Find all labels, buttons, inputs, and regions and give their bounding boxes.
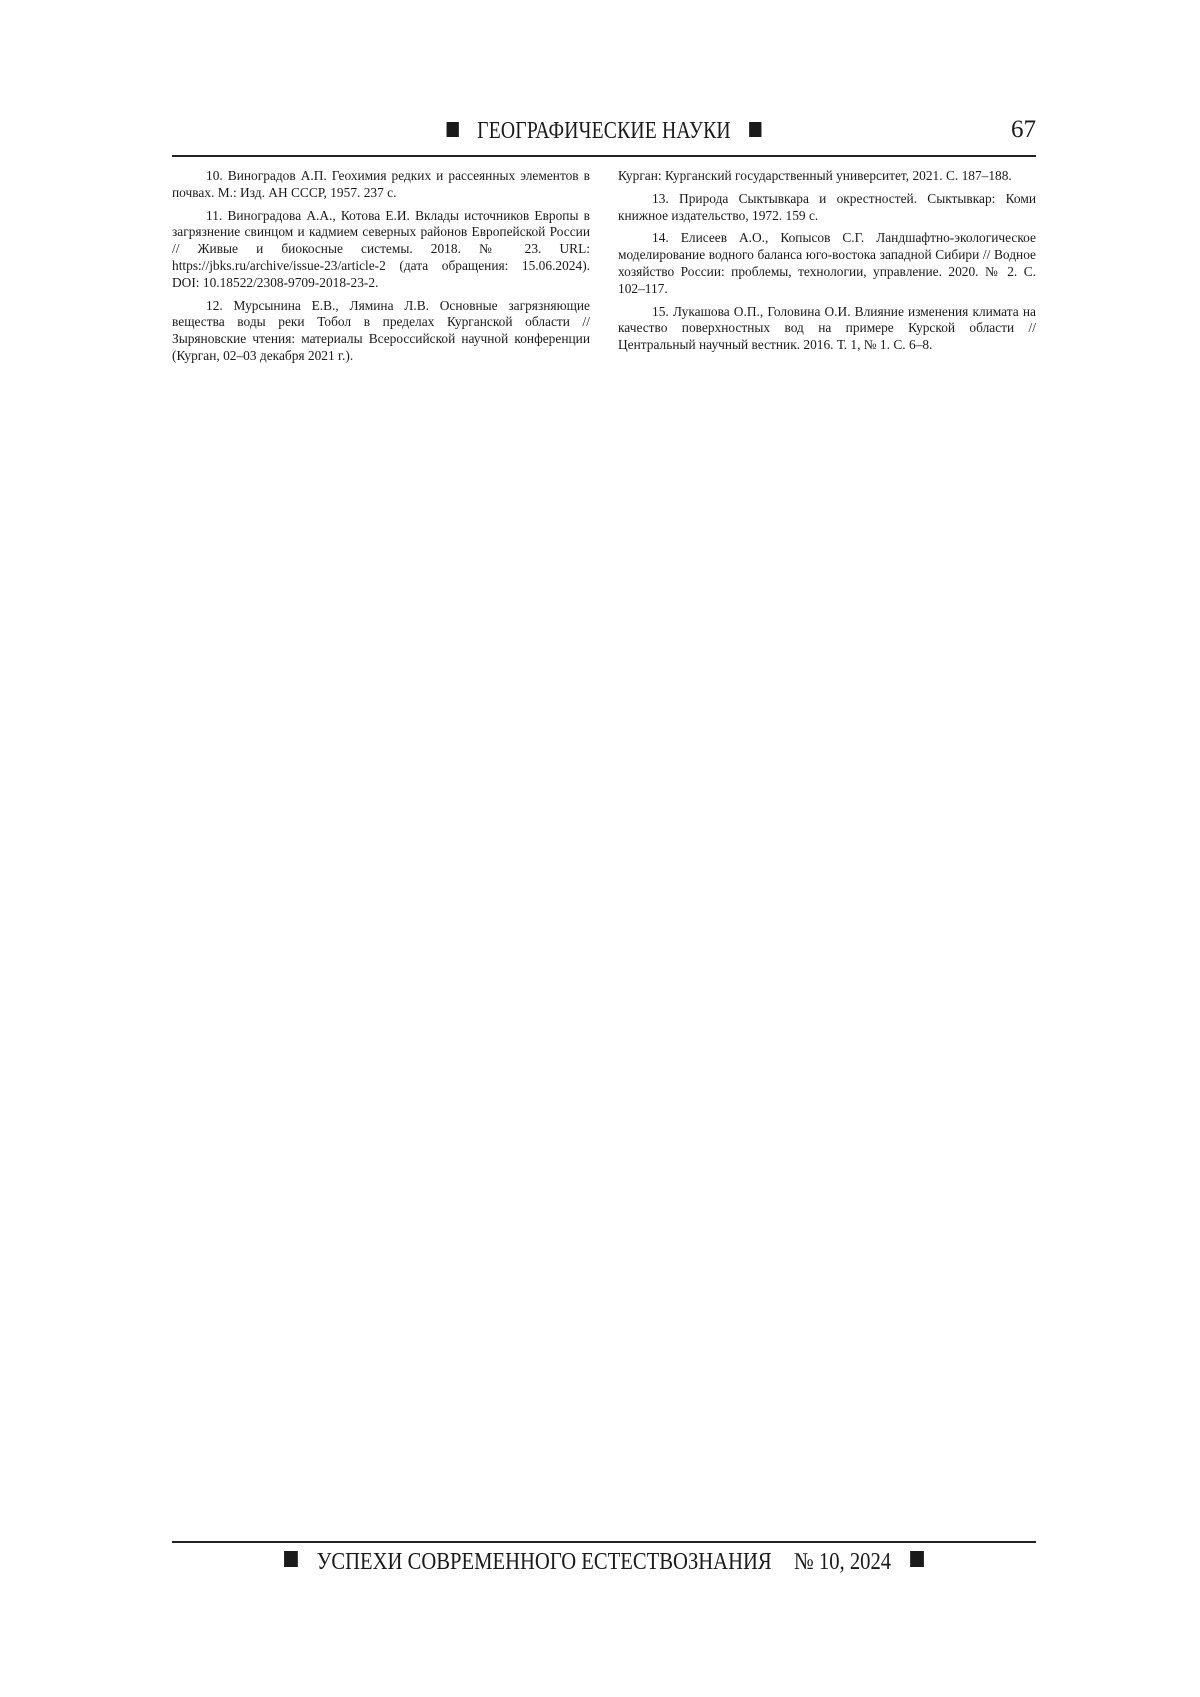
reference-number: 14. [652, 230, 669, 245]
reference-continuation: Курган: Курганский государственный униве… [618, 168, 1036, 185]
section-title: ГЕОГРАФИЧЕСКИЕ НАУКИ [477, 118, 731, 144]
reference-item: 11. Виноградова А.А., Котова Е.И. Вклады… [172, 208, 590, 292]
reference-text: Елисеев А.О., Копысов С.Г. Ландшафтно-эк… [618, 230, 1036, 295]
reference-number: 15. [652, 304, 669, 319]
reference-item: 15. Лукашова О.П., Головина О.И. Влияние… [618, 304, 1036, 354]
footer-group: УСПЕХИ СОВРЕМЕННОГО ЕСТЕСТВОЗНАНИЯ№ 10, … [265, 1549, 943, 1576]
right-column: Курган: Курганский государственный униве… [618, 168, 1036, 371]
reference-item: 13. Природа Сыктывкара и окрестностей. С… [618, 191, 1036, 225]
reference-item: 10. Виноградов А.П. Геохимия редких и ра… [172, 168, 590, 202]
square-bullet-icon [749, 122, 761, 137]
footer-rule [172, 1541, 1036, 1543]
reference-number: 13. [652, 191, 669, 206]
reference-text: Лукашова О.П., Головина О.И. Влияние изм… [618, 304, 1036, 353]
reference-item: 14. Елисеев А.О., Копысов С.Г. Ландшафтн… [618, 230, 1036, 297]
square-bullet-icon [284, 1551, 298, 1567]
issue-number: № 10, 2024 [794, 1549, 891, 1575]
reference-item: 12. Мурсынина Е.В., Лямина Л.В. Основные… [172, 298, 590, 365]
reference-text: Мурсынина Е.В., Лямина Л.В. Основные заг… [172, 298, 590, 363]
left-column: 10. Виноградов А.П. Геохимия редких и ра… [172, 168, 590, 371]
square-bullet-icon [447, 122, 459, 137]
reference-number: 11. [206, 208, 222, 223]
reference-text: Природа Сыктывкара и окрестностей. Сыкты… [618, 191, 1036, 223]
reference-number: 12. [206, 298, 223, 313]
reference-text: Виноградов А.П. Геохимия редких и рассея… [172, 168, 590, 200]
header-title-group: ГЕОГРАФИЧЕСКИЕ НАУКИ [250, 118, 958, 145]
running-footer: УСПЕХИ СОВРЕМЕННОГО ЕСТЕСТВОЗНАНИЯ№ 10, … [172, 1549, 1036, 1576]
reference-number: 10. [206, 168, 223, 183]
square-bullet-icon [910, 1551, 924, 1567]
running-header: ГЕОГРАФИЧЕСКИЕ НАУКИ 67 [172, 118, 1036, 154]
reference-list: 10. Виноградов А.П. Геохимия редких и ра… [172, 168, 1036, 371]
header-rule [172, 155, 1036, 157]
journal-title: УСПЕХИ СОВРЕМЕННОГО ЕСТЕСТВОЗНАНИЯ [317, 1549, 772, 1575]
reference-text: Виноградова А.А., Котова Е.И. Вклады ист… [172, 208, 590, 290]
page-number: 67 [1011, 116, 1036, 144]
